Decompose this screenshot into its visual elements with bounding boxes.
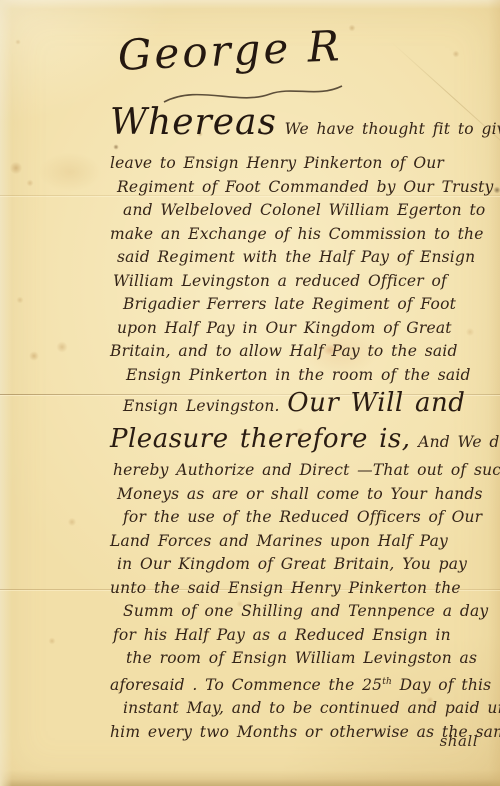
- manuscript-text-segment: and Welbeloved Colonel William Egerton t…: [123, 201, 485, 219]
- manuscript-text-segment: for the use of the Reduced Officers of O…: [123, 508, 482, 526]
- manuscript-text-segment: Whereas: [110, 102, 277, 143]
- manuscript-line: Regiment of Foot Commanded by Our Trusty: [117, 176, 476, 200]
- manuscript-line: William Levingston a reduced Officer of: [113, 270, 476, 294]
- manuscript-text-segment: in Our Kingdom of Great Britain, You pay: [117, 555, 467, 573]
- manuscript-line: him every two Months or otherwise as the…: [110, 721, 476, 745]
- manuscript-line: Land Forces and Marines upon Half Pay: [110, 530, 476, 554]
- manuscript-text-segment: th: [382, 677, 392, 687]
- manuscript-text-segment: Britain, and to allow Half Pay to the sa…: [110, 342, 458, 360]
- manuscript-text-segment: William Levingston a reduced Officer of: [113, 272, 447, 290]
- manuscript-line: the room of Ensign William Levingston as: [126, 647, 476, 671]
- manuscript-text-segment: Day of this: [392, 676, 491, 694]
- catchword: shall: [440, 732, 478, 750]
- manuscript-text-segment: said Regiment with the Half Pay of Ensig…: [117, 248, 475, 266]
- manuscript-line: Pleasure therefore is, And We do: [110, 423, 476, 459]
- manuscript-text-segment: Summ of one Shilling and Tennpence a day: [123, 602, 488, 620]
- manuscript-line: Whereas We have thought fit to give: [110, 100, 476, 152]
- manuscript-line: for his Half Pay as a Reduced Ensign in: [113, 624, 476, 648]
- manuscript-text-segment: Land Forces and Marines upon Half Pay: [110, 532, 448, 550]
- manuscript-text-segment: Brigadier Ferrers late Regiment of Foot: [123, 295, 456, 313]
- manuscript-text-segment: hereby Authorize and Direct —That out of…: [113, 461, 500, 479]
- manuscript-text-segment: Ensign Levingston.: [123, 397, 287, 415]
- manuscript-text-segment: unto the said Ensign Henry Pinkerton the: [110, 579, 461, 597]
- manuscript-line: make an Exchange of his Commission to th…: [110, 223, 476, 247]
- manuscript-text-segment: Regiment of Foot Commanded by Our Trusty: [117, 178, 494, 196]
- manuscript-line: unto the said Ensign Henry Pinkerton the: [110, 577, 476, 601]
- manuscript-line: upon Half Pay in Our Kingdom of Great: [117, 317, 476, 341]
- manuscript-line: in Our Kingdom of Great Britain, You pay: [117, 553, 476, 577]
- manuscript-line: hereby Authorize and Direct —That out of…: [113, 459, 476, 483]
- manuscript-line: instant May, and to be continued and pai…: [123, 697, 476, 721]
- royal-signature: George R: [0, 16, 461, 85]
- manuscript-text-segment: make an Exchange of his Commission to th…: [110, 225, 484, 243]
- manuscript-text-segment: We have thought fit to give: [277, 120, 500, 138]
- manuscript-text-segment: Moneys as are or shall come to Your hand…: [117, 485, 483, 503]
- manuscript-line: leave to Ensign Henry Pinkerton of Our: [110, 152, 476, 176]
- manuscript-text-segment: And We do: [411, 433, 500, 451]
- manuscript-line: Summ of one Shilling and Tennpence a day: [123, 600, 476, 624]
- manuscript-line: Britain, and to allow Half Pay to the sa…: [110, 340, 476, 364]
- manuscript-text-segment: Pleasure therefore is,: [110, 424, 411, 454]
- manuscript-text-segment: Ensign Pinkerton in the room of the said: [126, 366, 471, 384]
- manuscript-line: aforesaid . To Commence the 25th Day of …: [110, 671, 476, 698]
- manuscript-text-segment: aforesaid . To Commence the 25: [110, 676, 382, 694]
- manuscript-text-segment: the room of Ensign William Levingston as: [126, 649, 477, 667]
- manuscript-line: said Regiment with the Half Pay of Ensig…: [117, 246, 476, 270]
- manuscript-text-segment: Our Will and: [287, 388, 465, 418]
- manuscript-text-segment: upon Half Pay in Our Kingdom of Great: [117, 319, 452, 337]
- manuscript-text-segment: instant May, and to be continued and pai…: [123, 699, 500, 717]
- manuscript-line: Moneys as are or shall come to Your hand…: [117, 483, 476, 507]
- manuscript-text-segment: leave to Ensign Henry Pinkerton of Our: [110, 154, 444, 172]
- manuscript-page: George R Whereas We have thought fit to …: [0, 0, 500, 786]
- manuscript-text-segment: for his Half Pay as a Reduced Ensign in: [113, 626, 451, 644]
- document-text: Whereas We have thought fit to giveleave…: [110, 100, 476, 744]
- manuscript-line: for the use of the Reduced Officers of O…: [123, 506, 476, 530]
- manuscript-line: and Welbeloved Colonel William Egerton t…: [123, 199, 476, 223]
- manuscript-line: Ensign Pinkerton in the room of the said: [126, 364, 476, 388]
- manuscript-line: Ensign Levingston. Our Will and: [123, 387, 476, 423]
- manuscript-line: Brigadier Ferrers late Regiment of Foot: [123, 293, 476, 317]
